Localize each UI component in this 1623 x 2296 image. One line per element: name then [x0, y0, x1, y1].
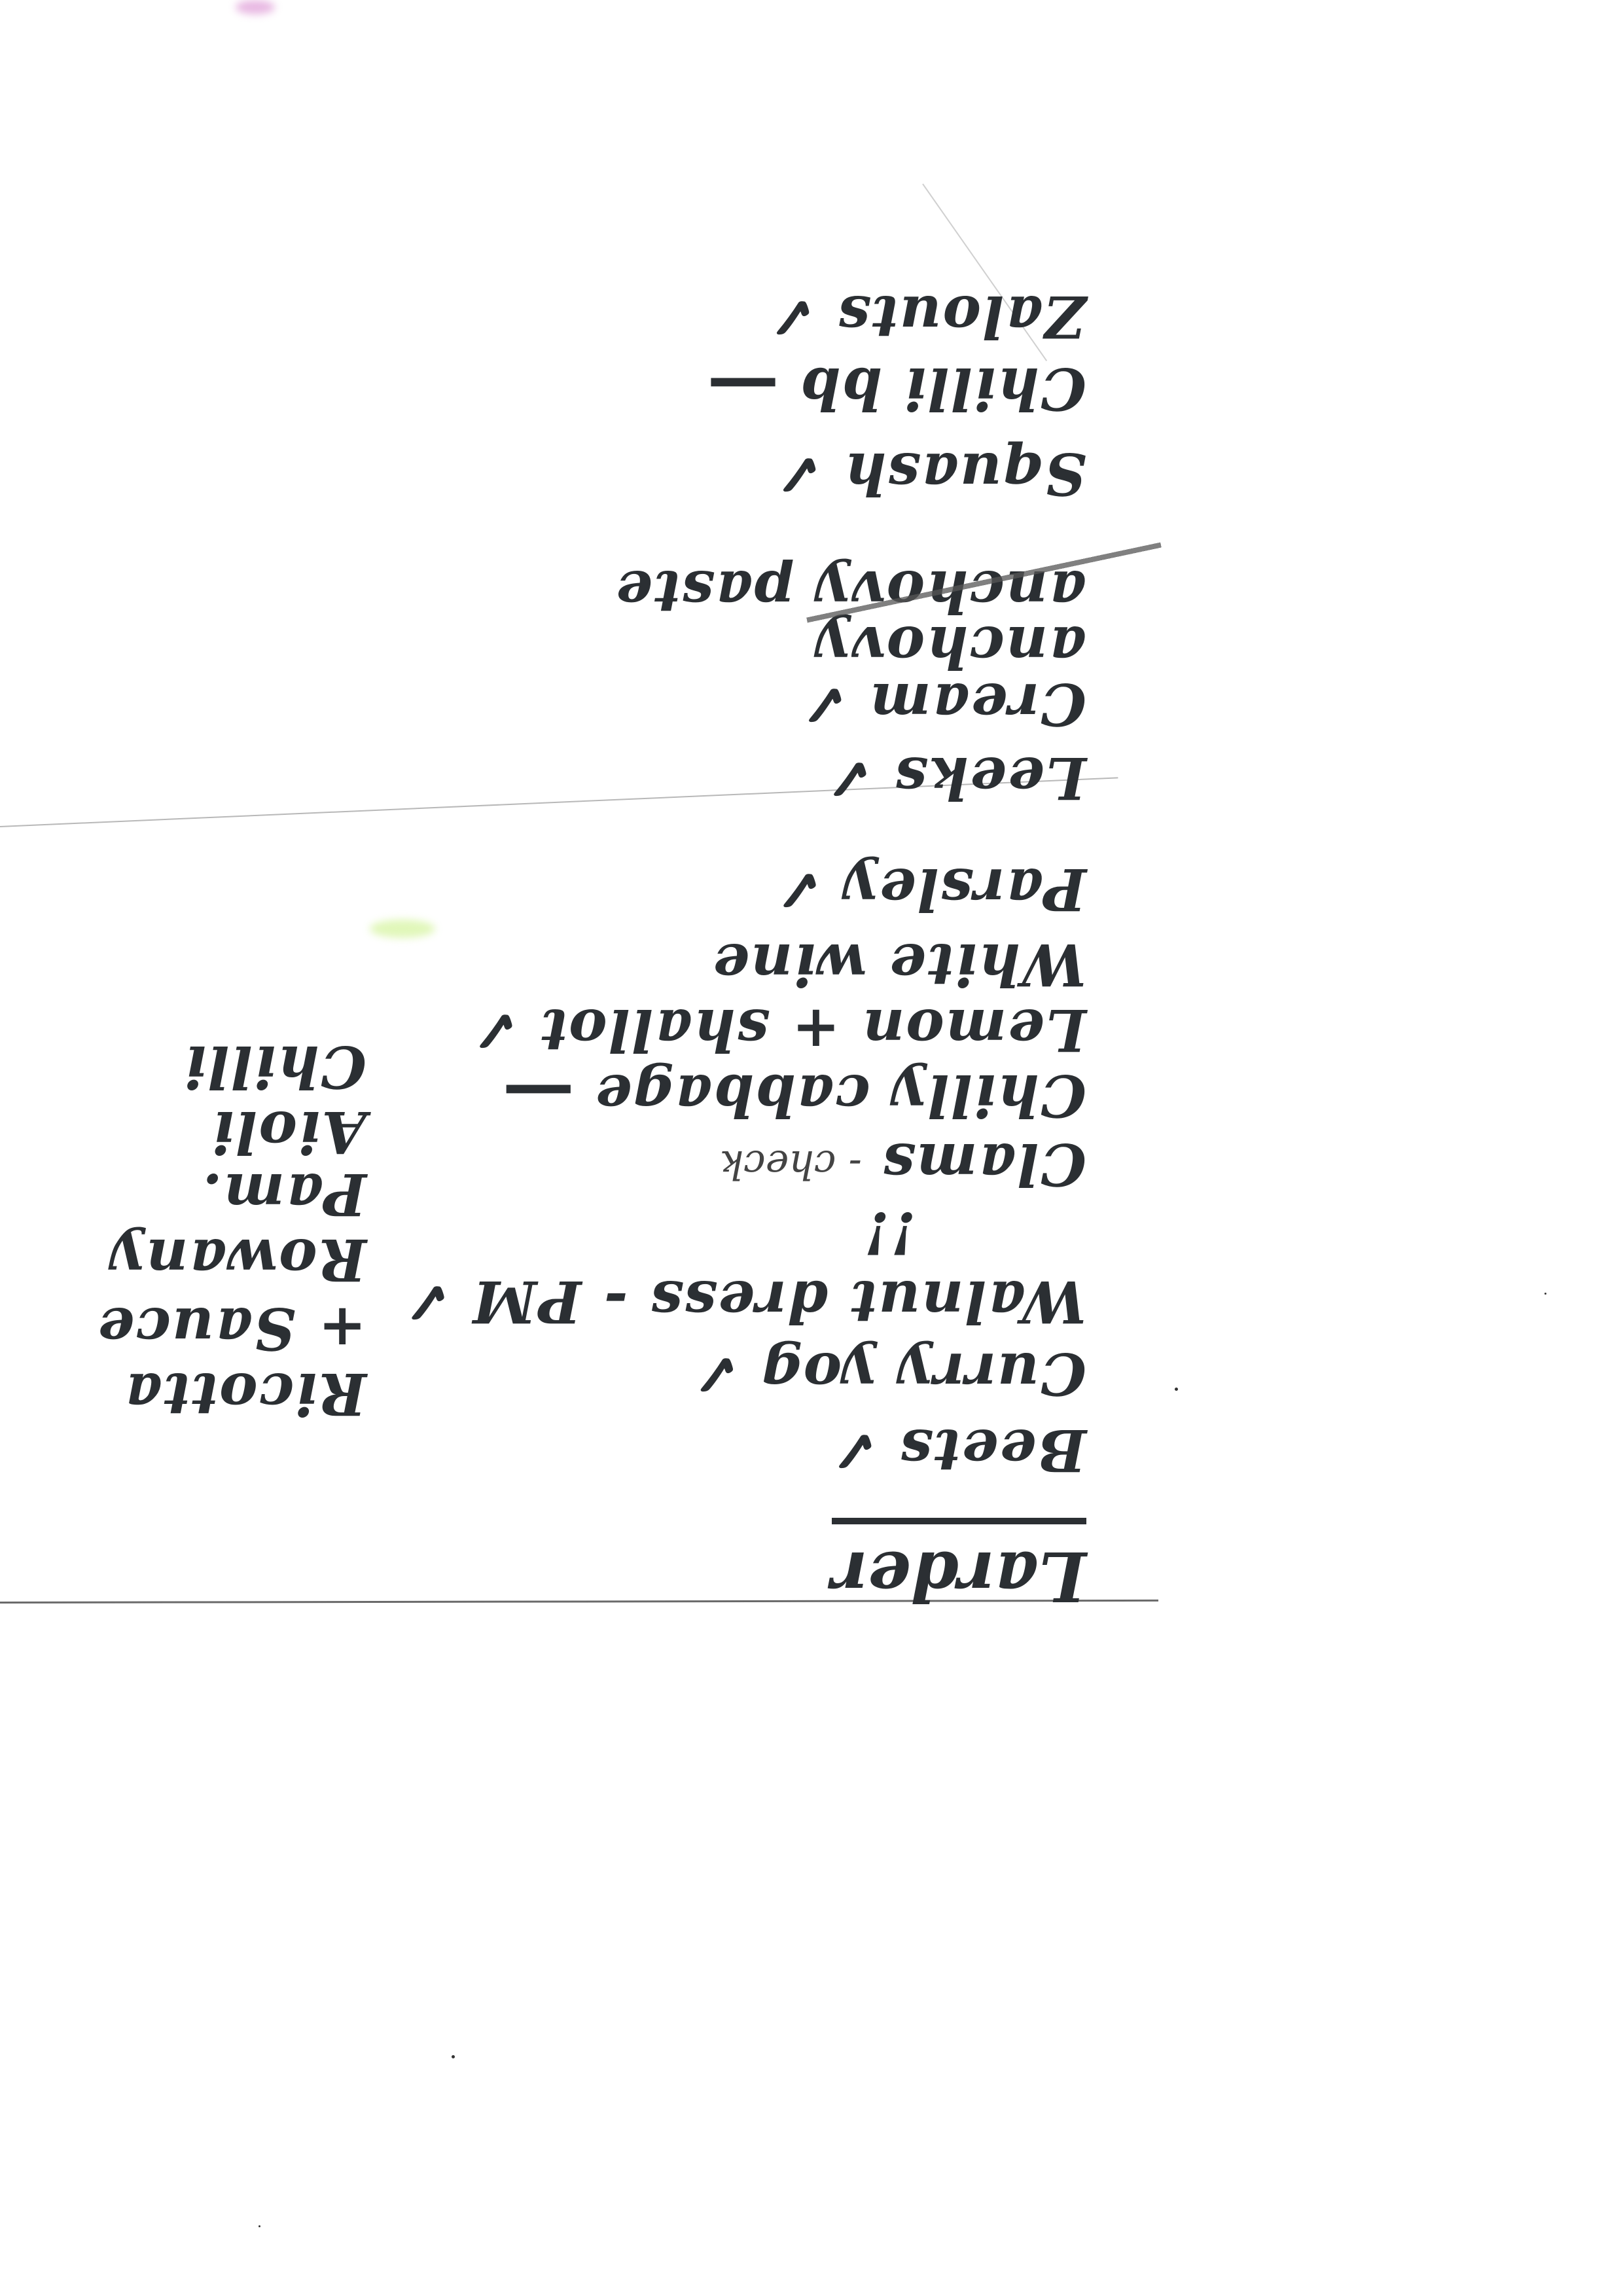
dash-mark-icon: —	[707, 347, 779, 431]
checkmark-icon: ✓	[692, 1339, 741, 1408]
checkmark-icon: ✓	[402, 1267, 452, 1336]
list-item: !!	[402, 1200, 1086, 1266]
list-item: Chilli	[97, 1034, 367, 1100]
list-item: Pam.	[97, 1165, 367, 1224]
checkmark-icon: ✓	[830, 1416, 879, 1486]
handwritten-note: Larder Beets ✓ Curry yog ✓ Walnut dress …	[0, 0, 1623, 2296]
side-list: Ricotta + Sauce Rowany Pam. Aioli Chilli	[97, 1034, 367, 1427]
list-title: Larder	[832, 1518, 1086, 1617]
list-item: White wine	[402, 932, 1086, 997]
list-item: Lemon + shallot ✓	[402, 997, 1086, 1063]
main-list: Larder Beets ✓ Curry yog ✓ Walnut dress …	[402, 281, 1086, 1617]
list-item: Leeks ✓	[402, 736, 1086, 821]
list-item: Walnut dress - PM ✓	[402, 1266, 1086, 1338]
list-item: Clams - check	[402, 1128, 1086, 1200]
list-item: Chilly cabbage —	[402, 1063, 1086, 1128]
list-item: Chilli bb —	[402, 353, 1086, 425]
list-item: Zalouts ✓	[402, 281, 1086, 353]
list-item: Cream ✓	[402, 673, 1086, 736]
list-item: Beets ✓	[402, 1410, 1086, 1492]
list-item: Rowany	[97, 1224, 367, 1296]
list-item: Curry yog ✓	[402, 1338, 1086, 1410]
list-item: Parsley ✓	[402, 847, 1086, 932]
exclamation-marks: !!	[863, 1199, 916, 1267]
scanned-page: Larder Beets ✓ Curry yog ✓ Walnut dress …	[0, 0, 1623, 2296]
list-item: Ricotta	[97, 1361, 367, 1427]
list-item: anchovy paste	[402, 562, 1086, 621]
list-item: Aioli	[97, 1100, 367, 1165]
dash-mark-icon: —	[503, 1054, 575, 1138]
checkmark-icon: ✓	[774, 855, 823, 924]
checkmark-icon: ✓	[768, 282, 817, 351]
list-item: Squash ✓	[402, 425, 1086, 523]
checkmark-icon: ✓	[471, 996, 520, 1065]
list-item: anchovy	[402, 621, 1086, 673]
checkmark-icon: ✓	[825, 744, 874, 813]
checkmark-icon: ✓	[774, 439, 823, 509]
check-note: - check	[720, 1141, 862, 1187]
list-item: + Sauce	[97, 1296, 367, 1361]
